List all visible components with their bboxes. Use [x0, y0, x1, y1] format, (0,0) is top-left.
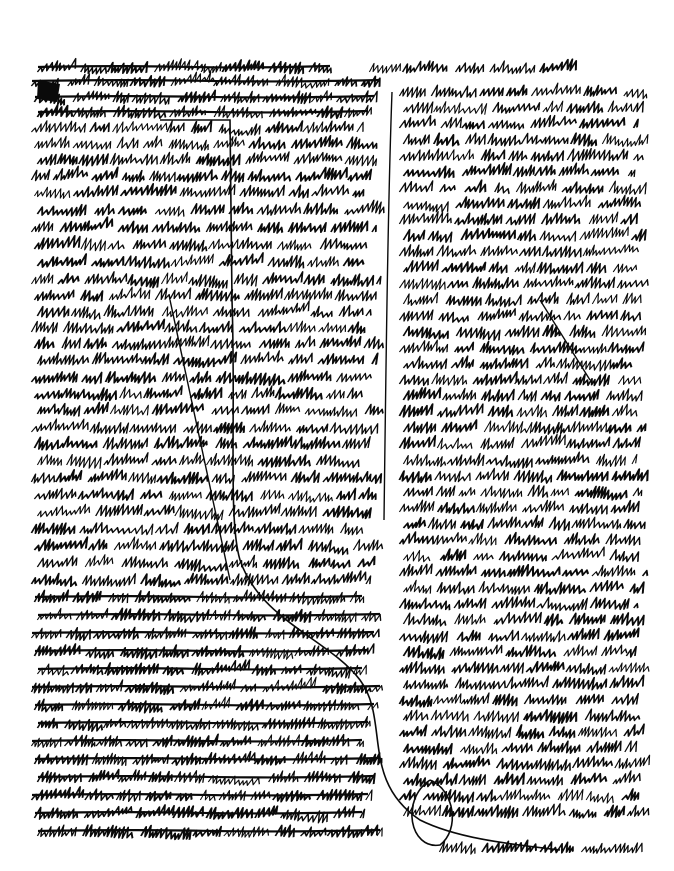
column-divider-line — [384, 92, 392, 520]
strikethrough-stroke — [32, 632, 374, 633]
right-column-line — [399, 245, 641, 257]
right-column-line — [399, 693, 640, 707]
right-column-line — [399, 372, 643, 386]
left-column-line — [34, 436, 372, 449]
left-column-line — [34, 184, 366, 198]
right-column-line — [399, 180, 649, 194]
right-column-line — [399, 212, 640, 225]
right-column-line — [402, 325, 648, 340]
ink-blot-marker — [37, 80, 60, 102]
left-column-line — [33, 91, 380, 106]
manuscript-page: handwritten manuscript scan Cyrillic cur… — [0, 0, 674, 871]
strikethrough-stroke — [35, 758, 380, 759]
right-column-line — [399, 597, 639, 611]
left-column-line — [34, 590, 367, 605]
left-column-line — [34, 644, 376, 659]
left-column-line — [37, 351, 380, 367]
right-column-line — [403, 260, 638, 274]
strikethrough-stroke — [38, 111, 368, 112]
left-column-line — [37, 660, 369, 679]
left-column-line — [31, 166, 373, 182]
right-column-line — [399, 469, 652, 484]
right-column-line — [402, 195, 644, 212]
strikethrough-stroke — [35, 96, 374, 97]
right-column-line — [403, 227, 648, 242]
strikethrough-stroke — [35, 704, 374, 705]
left-column-line — [31, 522, 366, 535]
right-column-line — [399, 755, 652, 770]
strikethrough-stroke — [32, 686, 380, 687]
right-column-line — [403, 356, 634, 371]
strikethrough-stroke — [35, 596, 362, 597]
left-column-line — [37, 253, 366, 268]
left-column-line — [31, 571, 373, 586]
left-column-line — [37, 403, 386, 417]
left-column-line — [37, 453, 362, 469]
header-line-left — [37, 59, 334, 74]
right-column-line — [399, 309, 643, 322]
left-column-line — [34, 805, 366, 823]
left-column-line — [34, 287, 379, 301]
right-column-line — [398, 628, 641, 643]
left-column-line — [37, 152, 379, 166]
right-column-line — [403, 133, 650, 146]
left-column-line — [34, 136, 380, 150]
left-column-line — [37, 555, 377, 572]
strikethrough-stroke — [38, 66, 330, 67]
right-column-line — [403, 580, 646, 594]
right-column-line — [399, 116, 639, 130]
right-column-line — [399, 404, 641, 417]
right-column-line — [403, 485, 644, 500]
left-column-line — [34, 751, 385, 766]
left-column-line — [31, 734, 365, 747]
right-column-line — [403, 163, 637, 178]
strikethrough-stroke — [38, 668, 362, 669]
right-column-line — [399, 789, 641, 803]
strikethrough-stroke — [32, 740, 362, 741]
right-column-line — [399, 149, 645, 162]
right-column-line — [399, 83, 650, 99]
left-column-line — [37, 770, 377, 786]
left-column-line — [34, 488, 379, 502]
right-column-line — [403, 804, 651, 818]
strikethrough-stroke — [35, 812, 362, 813]
right-column-line — [403, 420, 647, 434]
right-column-line — [403, 547, 642, 562]
right-column-line — [399, 662, 652, 675]
right-column-line — [399, 532, 643, 545]
left-column-line — [37, 717, 373, 731]
right-column-line — [403, 771, 644, 787]
handwriting-canvas — [0, 0, 674, 871]
right-column-line — [399, 340, 645, 354]
right-column-line — [399, 724, 646, 738]
right-column-line — [403, 452, 639, 468]
right-column-line — [403, 388, 645, 401]
header-line-right — [369, 59, 579, 73]
left-column-line — [34, 236, 369, 251]
right-column-line — [403, 516, 647, 531]
strikethrough-stroke — [35, 650, 368, 651]
strikethrough-stroke — [32, 80, 380, 81]
left-column-line — [37, 105, 374, 118]
right-column-line — [399, 564, 649, 577]
left-column-line — [34, 697, 380, 713]
left-column-line — [34, 336, 387, 350]
right-column-line — [403, 675, 646, 689]
left-column-line — [31, 370, 373, 385]
strikethrough-stroke — [32, 794, 368, 795]
left-column-line — [31, 787, 374, 802]
right-column-line — [403, 612, 647, 626]
left-column-line — [34, 537, 385, 554]
strikethrough-stroke — [38, 722, 368, 723]
left-column-line — [31, 272, 382, 289]
left-column-line — [31, 627, 382, 640]
right-column-line — [403, 293, 644, 307]
strikethrough-stroke — [38, 614, 380, 615]
right-column-line — [403, 101, 646, 115]
left-column-line — [34, 386, 365, 400]
right-column-line — [399, 276, 650, 289]
strikethrough-stroke — [38, 830, 380, 831]
right-column-line — [403, 709, 643, 723]
left-column-line — [31, 677, 384, 694]
left-column-line — [37, 503, 373, 520]
left-column-line — [31, 419, 380, 434]
right-column-line — [403, 741, 640, 754]
left-column-line — [37, 609, 383, 623]
left-column-line — [31, 217, 377, 233]
left-column-line — [37, 301, 373, 319]
left-column-line — [31, 320, 368, 334]
strikethrough-stroke — [38, 776, 374, 777]
right-column-line — [399, 500, 641, 514]
right-column-line — [399, 434, 642, 449]
left-column-line — [37, 825, 384, 840]
left-column-line — [37, 200, 388, 216]
left-column-line — [31, 72, 383, 88]
left-column-line — [31, 121, 366, 136]
right-column-line — [402, 645, 638, 659]
